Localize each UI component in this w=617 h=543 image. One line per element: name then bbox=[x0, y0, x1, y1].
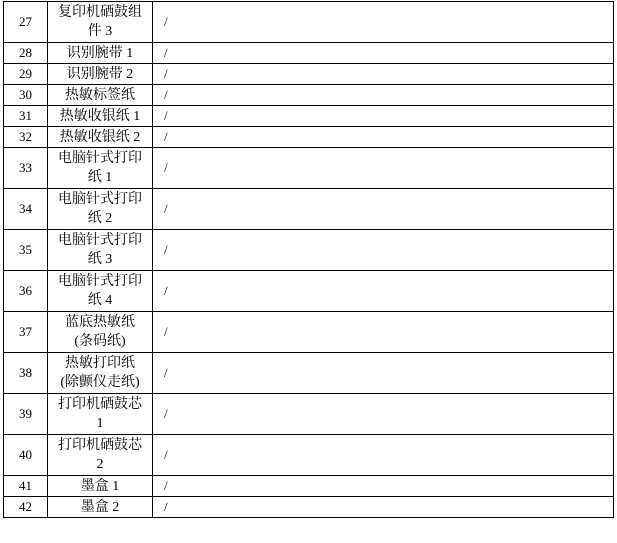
item-value-cell: / bbox=[153, 394, 614, 435]
item-value-cell: / bbox=[153, 271, 614, 312]
item-name-line2: 纸 2 bbox=[49, 209, 151, 228]
table-row: 39 打印机硒鼓芯1 / bbox=[4, 394, 614, 435]
row-number-cell: 30 bbox=[4, 85, 48, 106]
row-number-cell: 38 bbox=[4, 353, 48, 394]
item-name-line1: 复印机硒鼓组 bbox=[49, 3, 151, 22]
supplies-table: 27 复印机硒鼓组件 3 / 28 识别腕带 1 / 29 识别腕带 2 / 3… bbox=[3, 1, 614, 518]
item-name-line1: 打印机硒鼓芯 bbox=[49, 436, 151, 455]
row-number-cell: 35 bbox=[4, 230, 48, 271]
item-value-cell: / bbox=[153, 189, 614, 230]
item-name-cell: 打印机硒鼓芯2 bbox=[48, 435, 153, 476]
row-number-cell: 33 bbox=[4, 148, 48, 189]
item-name-line1: 电脑针式打印 bbox=[49, 231, 151, 250]
table-row: 35 电脑针式打印纸 3 / bbox=[4, 230, 614, 271]
table-row: 28 识别腕带 1 / bbox=[4, 43, 614, 64]
table-row: 34 电脑针式打印纸 2 / bbox=[4, 189, 614, 230]
item-name-line2: 纸 4 bbox=[49, 291, 151, 310]
row-number-cell: 29 bbox=[4, 64, 48, 85]
table-row: 38 热敏打印纸(除颤仪走纸) / bbox=[4, 353, 614, 394]
item-name-line1: 打印机硒鼓芯 bbox=[49, 395, 151, 414]
row-number-cell: 27 bbox=[4, 2, 48, 43]
item-name-line2: 2 bbox=[49, 455, 151, 474]
item-value-cell: / bbox=[153, 148, 614, 189]
row-number-cell: 28 bbox=[4, 43, 48, 64]
item-name-line1: 蓝底热敏纸 bbox=[49, 313, 151, 332]
item-name-cell: 识别腕带 1 bbox=[48, 43, 153, 64]
item-name-line1: 墨盒 1 bbox=[49, 477, 151, 496]
row-number-cell: 34 bbox=[4, 189, 48, 230]
row-number-cell: 42 bbox=[4, 497, 48, 518]
item-value-cell: / bbox=[153, 476, 614, 497]
row-number-cell: 39 bbox=[4, 394, 48, 435]
table-row: 27 复印机硒鼓组件 3 / bbox=[4, 2, 614, 43]
item-name-cell: 识别腕带 2 bbox=[48, 64, 153, 85]
item-value-cell: / bbox=[153, 106, 614, 127]
item-name-cell: 打印机硒鼓芯1 bbox=[48, 394, 153, 435]
item-name-line2: 纸 3 bbox=[49, 250, 151, 269]
item-name-line2: 纸 1 bbox=[49, 168, 151, 187]
item-name-line2: (条码纸) bbox=[49, 332, 151, 351]
item-value-cell: / bbox=[153, 2, 614, 43]
table-row: 40 打印机硒鼓芯2 / bbox=[4, 435, 614, 476]
item-value-cell: / bbox=[153, 127, 614, 148]
row-number-cell: 41 bbox=[4, 476, 48, 497]
table-row: 41 墨盒 1 / bbox=[4, 476, 614, 497]
item-value-cell: / bbox=[153, 85, 614, 106]
item-name-cell: 复印机硒鼓组件 3 bbox=[48, 2, 153, 43]
item-name-cell: 墨盒 2 bbox=[48, 497, 153, 518]
item-value-cell: / bbox=[153, 312, 614, 353]
item-name-line1: 墨盒 2 bbox=[49, 498, 151, 517]
item-name-cell: 电脑针式打印纸 2 bbox=[48, 189, 153, 230]
row-number-cell: 37 bbox=[4, 312, 48, 353]
item-name-line2: 件 3 bbox=[49, 22, 151, 41]
item-name-cell: 热敏收银纸 1 bbox=[48, 106, 153, 127]
item-name-line1: 电脑针式打印 bbox=[49, 149, 151, 168]
item-name-line1: 识别腕带 1 bbox=[49, 44, 151, 63]
item-name-line2: 1 bbox=[49, 414, 151, 433]
row-number-cell: 40 bbox=[4, 435, 48, 476]
item-value-cell: / bbox=[153, 353, 614, 394]
item-name-cell: 蓝底热敏纸(条码纸) bbox=[48, 312, 153, 353]
table-row: 37 蓝底热敏纸(条码纸) / bbox=[4, 312, 614, 353]
item-name-line1: 热敏打印纸 bbox=[49, 354, 151, 373]
item-value-cell: / bbox=[153, 497, 614, 518]
table-row: 31 热敏收银纸 1 / bbox=[4, 106, 614, 127]
item-value-cell: / bbox=[153, 230, 614, 271]
item-name-cell: 热敏标签纸 bbox=[48, 85, 153, 106]
item-value-cell: / bbox=[153, 64, 614, 85]
item-value-cell: / bbox=[153, 435, 614, 476]
row-number-cell: 31 bbox=[4, 106, 48, 127]
item-name-cell: 电脑针式打印纸 3 bbox=[48, 230, 153, 271]
item-name-cell: 墨盒 1 bbox=[48, 476, 153, 497]
item-name-line1: 电脑针式打印 bbox=[49, 272, 151, 291]
table-row: 42 墨盒 2 / bbox=[4, 497, 614, 518]
table-row: 32 热敏收银纸 2 / bbox=[4, 127, 614, 148]
row-number-cell: 32 bbox=[4, 127, 48, 148]
item-value-cell: / bbox=[153, 43, 614, 64]
document-page: 27 复印机硒鼓组件 3 / 28 识别腕带 1 / 29 识别腕带 2 / 3… bbox=[0, 0, 617, 543]
item-name-cell: 热敏收银纸 2 bbox=[48, 127, 153, 148]
item-name-line1: 热敏收银纸 2 bbox=[49, 128, 151, 147]
item-name-line1: 热敏收银纸 1 bbox=[49, 107, 151, 126]
item-name-line2: (除颤仪走纸) bbox=[49, 373, 151, 392]
table-row: 33 电脑针式打印纸 1 / bbox=[4, 148, 614, 189]
item-name-line1: 热敏标签纸 bbox=[49, 86, 151, 105]
item-name-line1: 电脑针式打印 bbox=[49, 190, 151, 209]
item-name-cell: 电脑针式打印纸 1 bbox=[48, 148, 153, 189]
table-row: 36 电脑针式打印纸 4 / bbox=[4, 271, 614, 312]
table-row: 30 热敏标签纸 / bbox=[4, 85, 614, 106]
item-name-line1: 识别腕带 2 bbox=[49, 65, 151, 84]
row-number-cell: 36 bbox=[4, 271, 48, 312]
item-name-cell: 热敏打印纸(除颤仪走纸) bbox=[48, 353, 153, 394]
item-name-cell: 电脑针式打印纸 4 bbox=[48, 271, 153, 312]
table-row: 29 识别腕带 2 / bbox=[4, 64, 614, 85]
